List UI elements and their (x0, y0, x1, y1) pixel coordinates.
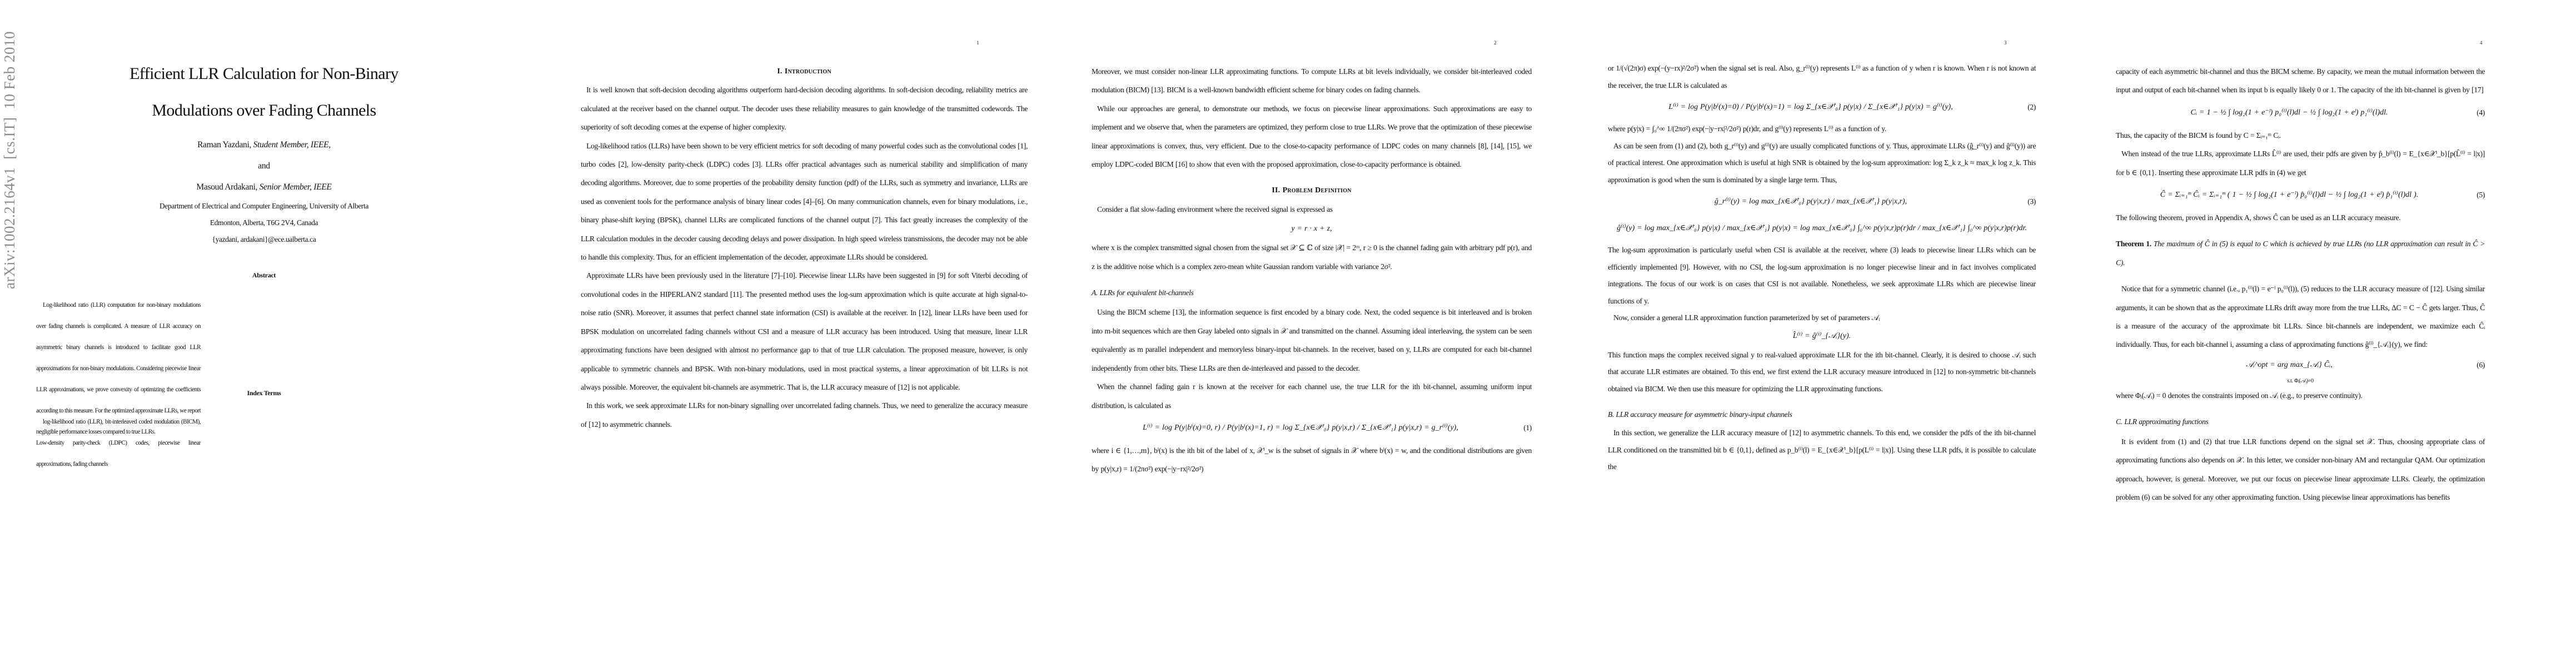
author-emails: {yazdani, ardakani}@ece.ualberta.ca (33, 231, 495, 248)
author-conjunction: and (33, 156, 495, 177)
paragraph: In this section, we generalize the LLR a… (1608, 425, 2036, 476)
index-terms-heading: Index Terms (33, 389, 495, 397)
paragraph: When instead of the true LLRs, approxima… (2116, 145, 2485, 182)
paragraph: Approximate LLRs have been previously us… (581, 266, 1028, 396)
paragraph: It is evident from (1) and (2) that true… (2116, 432, 2485, 507)
paragraph: When the channel fading gain r is known … (1092, 377, 1532, 415)
page-2-column: Moreover, we must consider non-linear LL… (1092, 62, 1532, 479)
equation-5: Ĉ = Σᵢ₌₁ᵐ Ĉᵢ = Σᵢ₌₁ᵐ ( 1 − ½ ∫ log₂(1 + … (2116, 182, 2485, 208)
equation-1: L⁽ⁱ⁾ = log P(y|bⁱ(x)=0, r) / P(y|bⁱ(x)=1… (1092, 415, 1532, 441)
index-terms-text: log-likelihood ratio (LLR), bit-interlea… (36, 411, 201, 475)
paragraph: In this work, we seek approximate LLRs f… (581, 396, 1028, 434)
arxiv-category: [cs.IT] (1, 117, 18, 160)
equation-approx-llr: L̂⁽ⁱ⁾ = ĝ⁽ⁱ⁾_{𝒜ᵢ}(y). (1608, 327, 2036, 347)
subsection-heading-c: C. LLR approximating functions (2116, 412, 2485, 431)
paragraph: While our approaches are general, to dem… (1092, 99, 1532, 174)
paragraph: Notice that for a symmetric channel (i.e… (2116, 280, 2485, 354)
section-heading-problem-definition: II. Problem Definition (1092, 181, 1532, 200)
title-block: Efficient LLR Calculation for Non-Binary… (33, 56, 495, 248)
page-number: 1 (976, 40, 979, 46)
page-number: 2 (1494, 40, 1497, 46)
arxiv-stamp: arXiv:1002.2164v1[cs.IT]10 Feb 2010 (1, 23, 18, 289)
theorem-label: Theorem 1. (2116, 240, 2151, 248)
subsection-heading-b: B. LLR accuracy measure for asymmetric b… (1608, 405, 2036, 424)
paragraph: It is well known that soft-decision deco… (581, 81, 1028, 136)
paragraph: where p(y|x) = ∫₀^∞ 1/(2πσ²) exp(−|y−rx|… (1608, 121, 2036, 138)
paragraph: The log-sum approximation is particularl… (1608, 242, 2036, 310)
paragraph: Using the BICM scheme [13], the informat… (1092, 303, 1532, 377)
page-number: 4 (2480, 40, 2483, 46)
paragraph: where x is the complex transmitted signa… (1092, 238, 1532, 276)
equation-channel-model: y = r · x + z, (1092, 218, 1532, 238)
abstract-heading: Abstract (33, 271, 495, 280)
theorem-statement: The maximum of Ĉ in (5) is equal to C wh… (2116, 240, 2485, 266)
paragraph: As can be seen from (1) and (2), both g_… (1608, 138, 2036, 189)
paragraph: This function maps the complex received … (1608, 347, 2036, 398)
paragraph: The following theorem, proved in Appendi… (2116, 208, 2485, 227)
arxiv-id: arXiv:1002.2164v1 (1, 167, 18, 289)
author-1: Raman Yazdani, Student Member, IEEE, (33, 135, 495, 156)
paper-title-line-2: Modulations over Fading Channels (33, 92, 495, 129)
equation-3b: ĝ⁽ⁱ⁾(y) = log max_{x∈𝒳ⁱ₀} p(y|x) / max_{… (1608, 215, 2036, 242)
theorem-1: Theorem 1. The maximum of Ĉ in (5) is eq… (2116, 235, 2485, 272)
paragraph: Thus, the capacity of the BICM is found … (2116, 126, 2485, 145)
paragraph: Consider a flat slow-fading environment … (1092, 200, 1532, 218)
paragraph: Moreover, we must consider non-linear LL… (1092, 62, 1532, 99)
paper-title-line-1: Efficient LLR Calculation for Non-Binary (33, 56, 495, 92)
paragraph: or 1/(√(2π)σ) exp(−(y−rx)²/2σ²) when the… (1608, 60, 2036, 94)
index-terms-body: log-likelihood ratio (LLR), bit-interlea… (36, 411, 201, 475)
paragraph: Now, consider a general LLR approximatio… (1608, 310, 2036, 327)
section-heading-introduction: I. Introduction (581, 62, 1028, 81)
paragraph: Log-likelihood ratios (LLRs) have been s… (581, 137, 1028, 267)
paragraph: where i ∈ {1,…,m}, bⁱ(x) is the ith bit … (1092, 441, 1532, 479)
paragraph: capacity of each asymmetric bit-channel … (2116, 62, 2485, 99)
author-2: Masoud Ardakani, Senior Member, IEEE (33, 177, 495, 198)
affiliation-address: Edmonton, Alberta, T6G 2V4, Canada (33, 215, 495, 231)
subsection-heading-a: A. LLRs for equivalent bit-channels (1092, 283, 1532, 302)
affiliation-department: Department of Electrical and Computer En… (33, 198, 495, 215)
paragraph: where Φᵢ(𝒜ᵢ) = 0 denotes the constraints… (2116, 386, 2485, 405)
page-number: 3 (2004, 40, 2007, 46)
equation-6: 𝒜ᵢ^opt = arg max_{𝒜ᵢ} Ĉᵢ,(6) (2116, 354, 2485, 376)
arxiv-date: 10 Feb 2010 (1, 31, 18, 109)
equation-2: L⁽ⁱ⁾ = log P(y|bⁱ(x)=0) / P(y|bⁱ(x)=1) =… (1608, 94, 2036, 121)
equation-6-constraint: s.t. Φᵢ(𝒜ᵢ)=0 (2116, 376, 2485, 386)
equation-3a: ĝ_r⁽ⁱ⁾(y) = log max_{x∈𝒳ⁱ₀} p(y|x,r) / m… (1608, 188, 2036, 215)
introduction-column: I. Introduction It is well known that so… (581, 62, 1028, 434)
equation-4: Cᵢ = 1 − ½ ∫ log₂(1 + e⁻ˡ) p₀⁽ⁱ⁾(l)dl − … (2116, 99, 2485, 126)
page-4-column: capacity of each asymmetric bit-channel … (2116, 62, 2485, 506)
page-3-column: or 1/(√(2π)σ) exp(−(y−rx)²/2σ²) when the… (1608, 60, 2036, 476)
